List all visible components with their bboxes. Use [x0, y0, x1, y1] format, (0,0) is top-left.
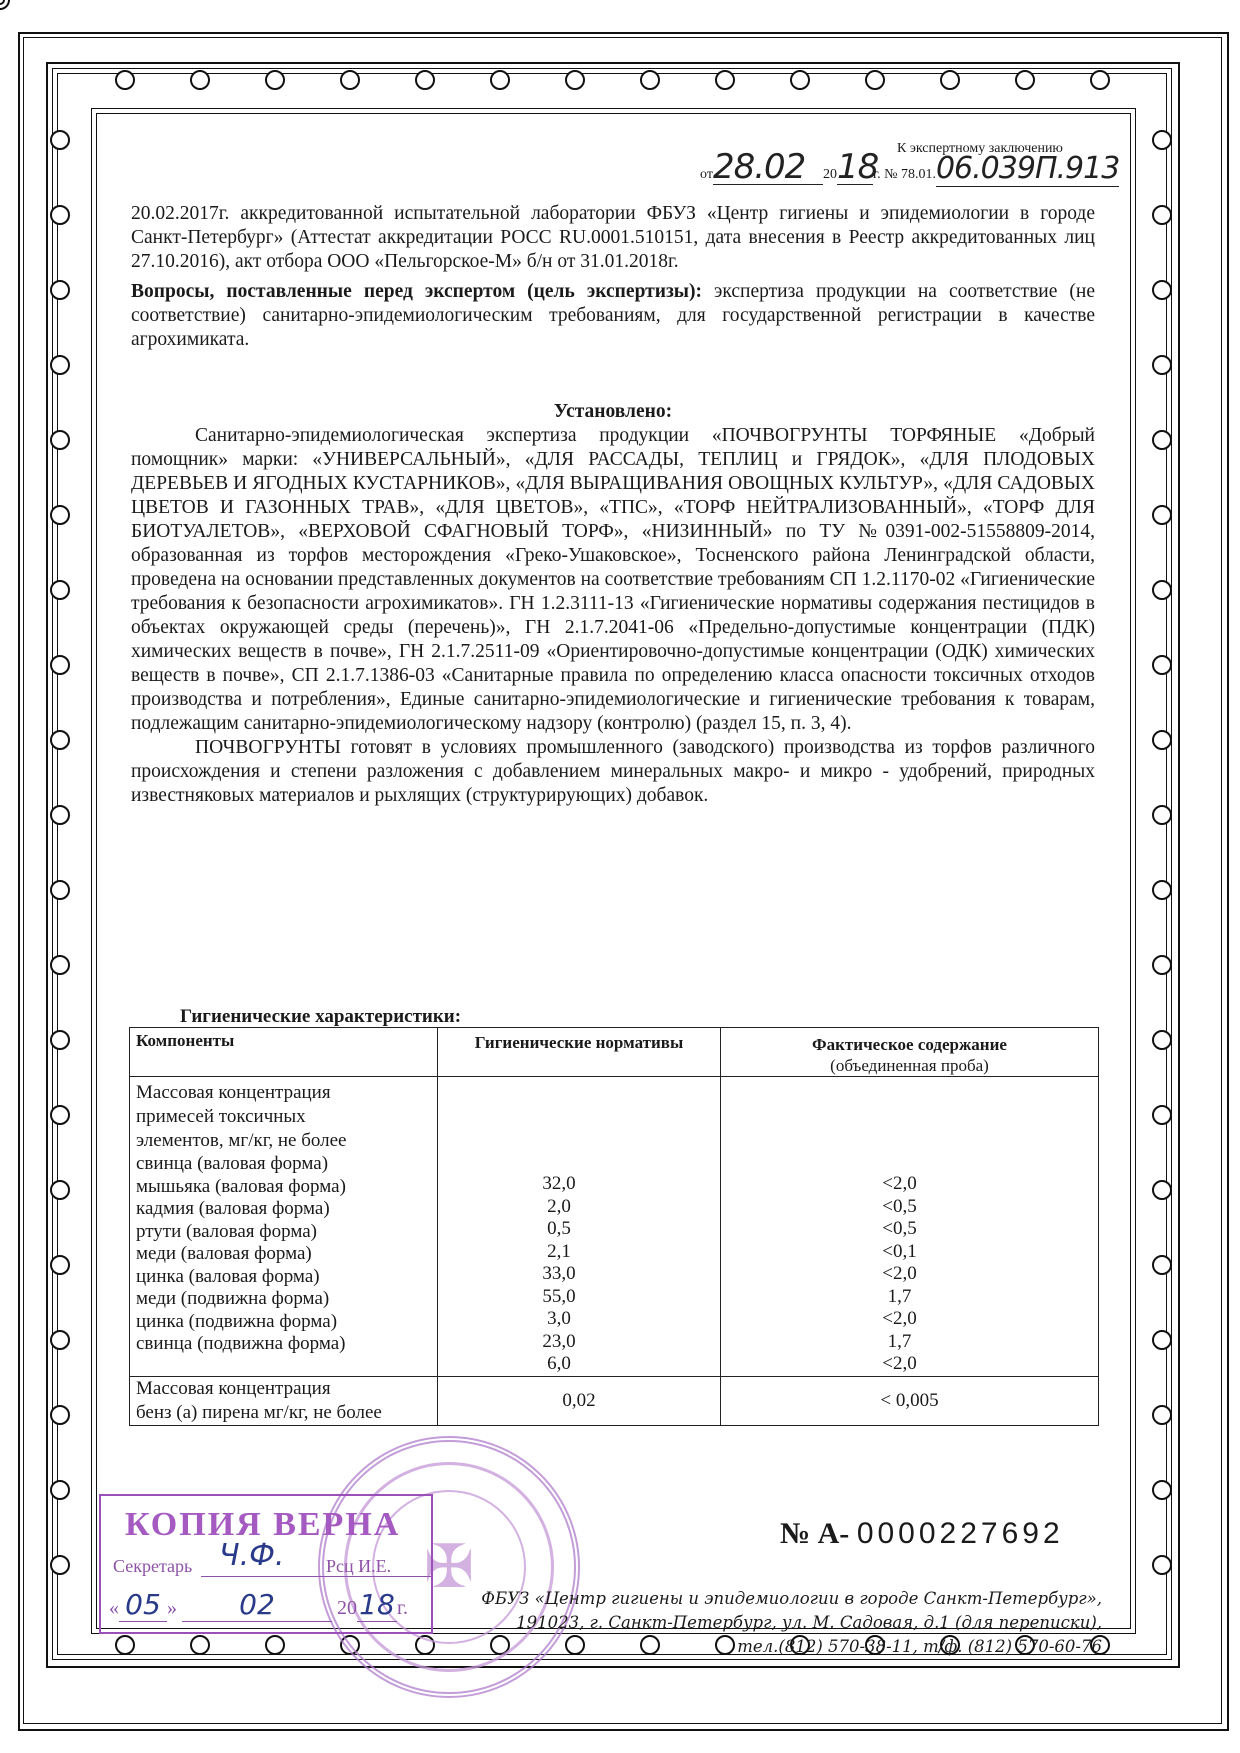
group-label-line: элементов, мг/кг, не более: [136, 1129, 431, 1153]
norm-value: 32,0: [424, 1173, 694, 1196]
actual-value: 1,7: [717, 1331, 1082, 1354]
expertise-paragraph: Санитарно-эпидемиологическая экспертиза …: [131, 424, 1095, 736]
copy-certified-stamp: КОПИЯ ВЕРНА Секретарь Ч.Ф. Рсц И.Е. «05»…: [99, 1494, 433, 1634]
ref-number-prefix: г. № 78.01.: [873, 167, 936, 182]
component-name: цинка (подвижна форма): [136, 1311, 431, 1334]
component-name: свинца (подвижна форма): [136, 1333, 431, 1356]
group-label-line: примесей токсичных: [136, 1105, 431, 1129]
benzapyrene-actual: < 0,005: [721, 1376, 1099, 1425]
secretary-label: Секретарь: [113, 1556, 192, 1577]
group-label-line: Массовая концентрация: [136, 1081, 431, 1105]
norm-value: 55,0: [424, 1286, 694, 1309]
component-name: меди (валовая форма): [136, 1243, 431, 1266]
component-name: меди (подвижна форма): [136, 1288, 431, 1311]
benzapyrene-norm: 0,02: [438, 1376, 721, 1425]
questions-paragraph: Вопросы, поставленные перед экспертом (ц…: [131, 280, 1095, 352]
production-paragraph: ПОЧВОГРУНТЫ готовят в условиях промышлен…: [131, 736, 1095, 808]
component-name: кадмия (валовая форма): [136, 1198, 431, 1221]
norm-value: 6,0: [424, 1353, 694, 1376]
established-heading: Установлено:: [131, 400, 1095, 424]
actual-value: 1,7: [717, 1286, 1082, 1309]
header-components: Компоненты: [130, 1028, 438, 1077]
table-row-benzapyrene: Массовая концентрация бенз (а) пирена мг…: [130, 1376, 1099, 1425]
serial-value: 0000227692: [857, 1517, 1064, 1550]
component-name: свинца (валовая форма): [136, 1153, 431, 1176]
date-day: 05: [119, 1588, 167, 1622]
norm-value: 33,0: [424, 1263, 694, 1286]
org-name: ФБУЗ «Центр гигиены и эпидемиологии в го…: [481, 1587, 1102, 1611]
component-name: цинка (валовая форма): [136, 1266, 431, 1289]
table-caption: Гигиенические характеристики:: [180, 1006, 461, 1028]
table-header-row: Компоненты Гигиенические нормативы Факти…: [130, 1028, 1099, 1077]
ref-date-handwritten: 28.02: [713, 150, 823, 185]
serial-prefix: № А-: [780, 1517, 849, 1550]
ref-year-prefix: 20: [823, 167, 837, 182]
norm-value: 23,0: [424, 1331, 694, 1354]
norm-value: 2,1: [424, 1241, 694, 1264]
actual-cell: <2,0 <0,5 <0,5 <0,1 <2,0 1,7 <2,0 1,7 <2…: [711, 1077, 1089, 1377]
benzapyrene-component-cell: Массовая концентрация бенз (а) пирена мг…: [130, 1376, 438, 1425]
norm-value: 0,5: [424, 1218, 694, 1241]
actual-value: <0,1: [717, 1241, 1082, 1264]
components-cell: Массовая концентрация примесей токсичных…: [130, 1077, 438, 1377]
actual-value: <2,0: [717, 1353, 1082, 1376]
header-actual: Фактическое содержание(объединенная проб…: [721, 1028, 1099, 1077]
organization-footer: ФБУЗ «Центр гигиены и эпидемиологии в го…: [481, 1587, 1102, 1659]
org-address: 191023, г. Санкт-Петербург, ул. М. Садов…: [481, 1611, 1102, 1635]
component-name: ртути (валовая форма): [136, 1221, 431, 1244]
hygiene-table: Компоненты Гигиенические нормативы Факти…: [129, 1027, 1099, 1426]
certification-date: «05» 02 2018г.: [109, 1588, 408, 1622]
header-norms: Гигиенические нормативы: [438, 1028, 721, 1077]
ref-year-handwritten: 18: [837, 150, 873, 185]
actual-value: <0,5: [717, 1196, 1082, 1219]
lab-paragraph: 20.02.2017г. аккредитованной испытательн…: [131, 202, 1095, 274]
date-month: 02: [182, 1588, 332, 1622]
norm-value: 3,0: [424, 1308, 694, 1331]
ref-from-prefix: от: [700, 167, 713, 182]
document-body: 20.02.2017г. аккредитованной испытательн…: [131, 202, 1095, 808]
actual-value: <2,0: [717, 1308, 1082, 1331]
table-row-toxic-elements: Массовая концентрация примесей токсичных…: [130, 1077, 1099, 1377]
actual-value: <2,0: [717, 1263, 1082, 1286]
norm-value: 2,0: [424, 1196, 694, 1219]
norms-cell: 32,0 2,0 0,5 2,1 33,0 55,0 3,0 23,0 6,0: [418, 1077, 701, 1377]
org-phones: тел.(812) 570-38-11, т/ф. (812) 570-60-7…: [481, 1635, 1102, 1659]
form-serial-number: № А- 0000227692: [780, 1517, 1064, 1551]
actual-value: <0,5: [717, 1218, 1082, 1241]
ref-number-handwritten: 06.039П.913: [936, 152, 1119, 187]
secretary-name: Рсц И.Е.: [326, 1556, 391, 1577]
questions-label: Вопросы, поставленные перед экспертом (ц…: [131, 281, 702, 302]
component-name: мышьяка (валовая форма): [136, 1176, 431, 1199]
secretary-signature: Ч.Ф.: [219, 1538, 284, 1573]
date-year: 18: [357, 1588, 397, 1622]
actual-value: <2,0: [717, 1173, 1082, 1196]
reference-line: от28.022018г. № 78.01.06.039П.913: [700, 150, 1119, 187]
